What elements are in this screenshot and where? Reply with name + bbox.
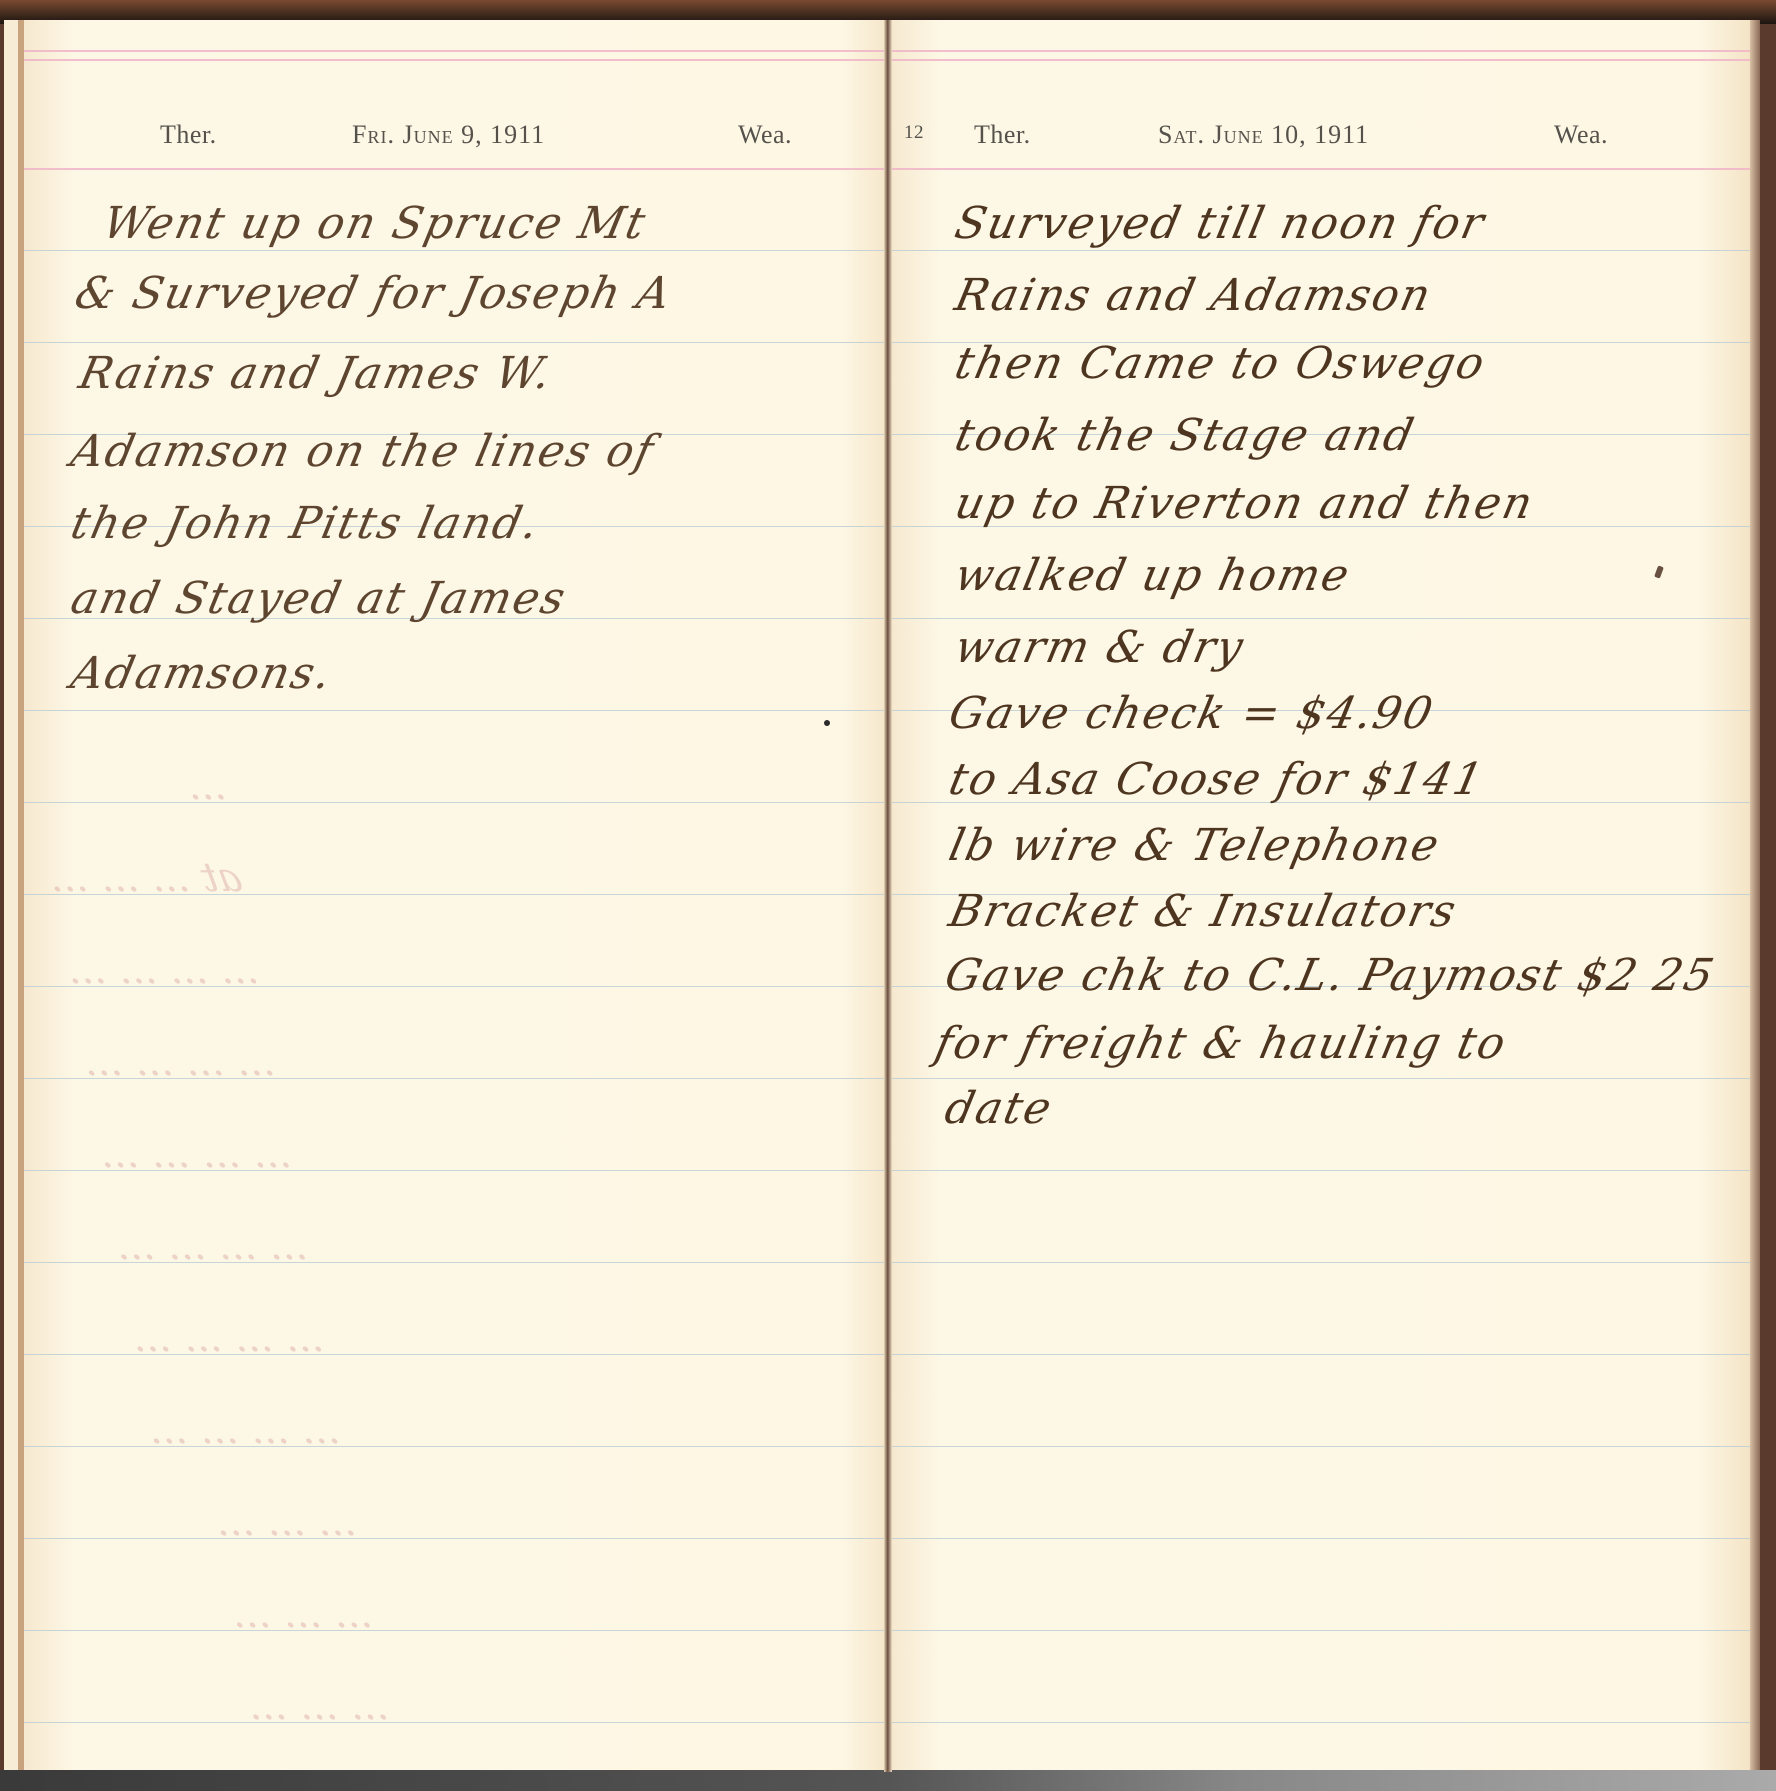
top-rule [890,50,1750,52]
entry-line: walked up home [951,550,1356,601]
entry-line: Went up on Spruce Mt [99,198,652,249]
weather-label: Wea. [1554,120,1608,150]
page-date: Fri. June 9, 1911 [352,120,545,150]
top-rule [24,50,894,52]
entry-line: for freight & hauling to [931,1018,1512,1069]
ruled-line [890,1354,1750,1355]
ruled-line [24,1722,894,1723]
page-header: Ther. Fri. June 9, 1911 Wea. [24,100,894,150]
entry-line: lb wire & Telephone [945,820,1445,871]
entry-line: Surveyed till noon for [951,198,1491,249]
ruled-line [24,710,894,711]
entry-line: took the Stage and [951,410,1420,461]
ruled-line [890,1630,1750,1631]
ruled-line [890,1078,1750,1079]
top-rule [890,59,1750,61]
book-gutter [884,20,892,1772]
weather-label: Wea. [738,120,792,150]
page-date: Sat. June 10, 1911 [1158,120,1369,150]
ruled-line [890,1262,1750,1263]
ruled-line [890,1722,1750,1723]
entry-line: warm & dry [951,622,1250,673]
right-page: 12 Ther. Sat. June 10, 1911 Wea. Surveye… [890,20,1750,1772]
bleed-through-text: ... at ... ... ... ... ... ... ... ... .… [25,740,396,1752]
ink-speck [824,720,830,726]
thermometer-label: Ther. [160,120,217,150]
ruled-line [24,1538,894,1539]
entry-line: then Came to Oswego [951,338,1491,389]
entry-line: the John Pitts land. [67,498,545,549]
page-stack-edge [1750,20,1760,1772]
entry-line: Rains and Adamson [951,270,1437,321]
ruled-line [890,1170,1750,1171]
book-cover-bottom-edge [0,1770,1776,1791]
entry-line: date [941,1083,1058,1134]
ruled-line [890,618,1750,619]
left-page: Ther. Fri. June 9, 1911 Wea. ... at ... … [18,20,894,1772]
entry-line: and Stayed at James [67,573,572,624]
header-rule [890,168,1750,170]
page-number: 12 [904,122,924,144]
entry-line: up to Riverton and then [951,478,1539,529]
entry-line: Adamson on the lines of [67,426,660,477]
entry-line: Rains and James W. [75,348,558,399]
ruled-line [890,1538,1750,1539]
top-rule [24,59,894,61]
header-rule [24,168,894,170]
entry-line: Bracket & Insulators [945,886,1462,937]
ruled-line [24,250,894,251]
ink-mark [1654,565,1664,578]
ruled-line [890,250,1750,251]
ruled-line [890,1446,1750,1447]
entry-line: to Asa Coose for $141 [945,754,1490,805]
entry-line: & Surveyed for Joseph A [71,268,677,319]
page-header: 12 Ther. Sat. June 10, 1911 Wea. [890,100,1750,150]
entry-line: Gave check = $4.90 [945,688,1439,739]
thermometer-label: Ther. [974,120,1031,150]
entry-line: Gave chk to C.L. Paymost $2 25 [941,950,1720,1001]
ruled-line [24,1630,894,1631]
diary-spread: Ther. Fri. June 9, 1911 Wea. ... at ... … [4,20,1756,1772]
entry-line: Adamsons. [67,648,338,699]
ruled-line [24,342,894,343]
